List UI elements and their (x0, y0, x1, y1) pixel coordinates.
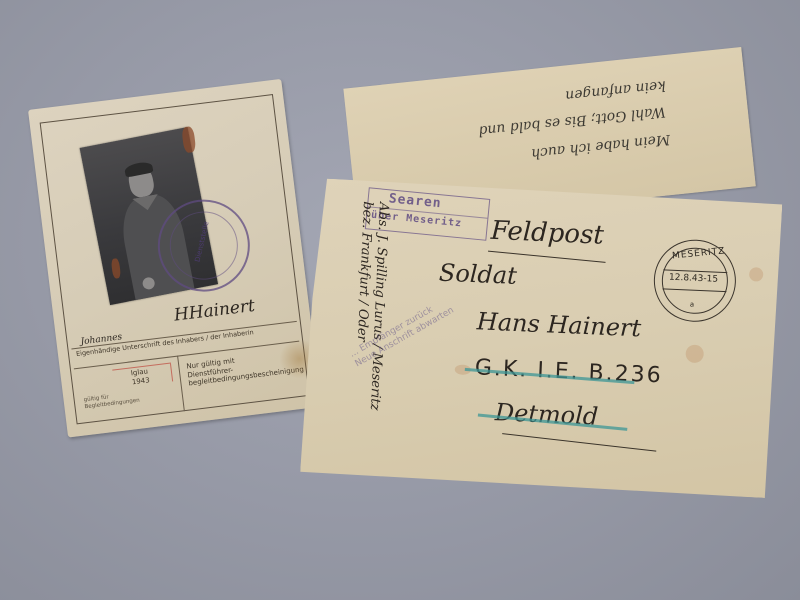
recipient-name: Hans Hainert (476, 307, 641, 342)
letter-line: Mein habe ich auch (530, 131, 671, 162)
stamp-text: Dienststelle (193, 221, 210, 263)
city-underline (502, 433, 656, 452)
postmark-date: 12.8.43-15 (669, 273, 718, 285)
paper-stain (749, 267, 764, 282)
paper-stain (685, 344, 704, 363)
postmark-letter: a (690, 301, 695, 309)
photo-scene: Dienststelle HHainert Johannes Eigenhänd… (0, 0, 800, 600)
feldpost-heading: Feldpost (490, 216, 604, 251)
recipient-title: Soldat (438, 259, 517, 290)
feldpost-envelope: Searen über Meseritz Abs. J. Spilling Lu… (300, 178, 783, 498)
id-card: Dienststelle HHainert Johannes Eigenhänd… (28, 79, 321, 438)
letter-line: kein anfangen (564, 77, 666, 103)
postmark-icon: MESERITZ 12.8.43-15 a (652, 238, 737, 323)
sender-address-vertical: Abs. J. Spilling Lurus / Meseritz bez. F… (349, 201, 391, 432)
postmark-city: MESERITZ (672, 246, 726, 261)
left-box-text: Iglau 1943 (130, 367, 150, 387)
